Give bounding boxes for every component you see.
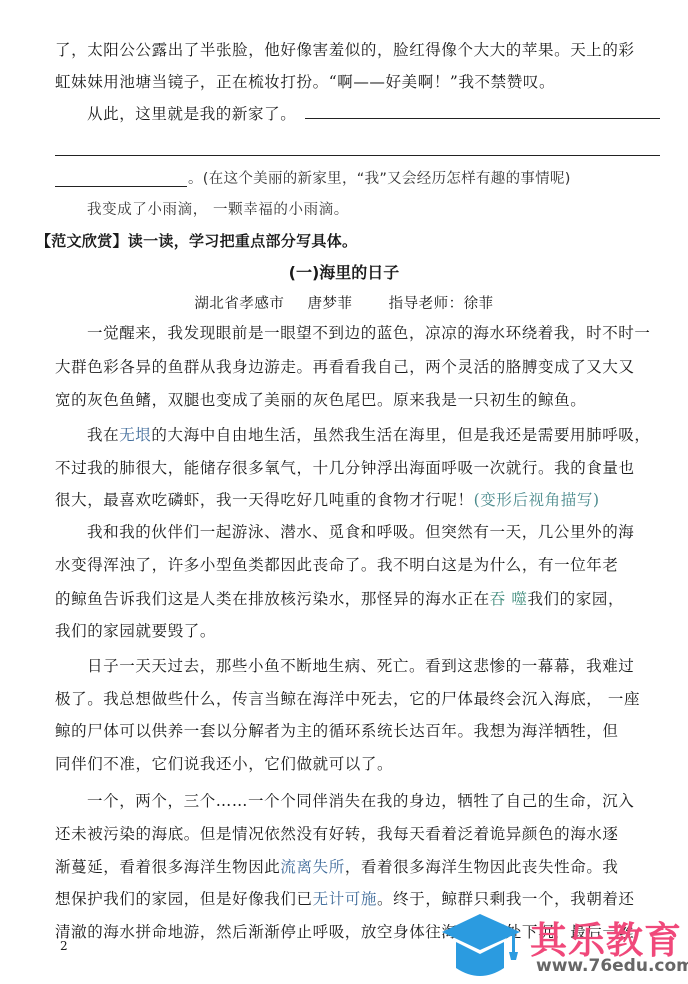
- text-segment: 。终于，鲸群只剩我一个，我朝着还: [377, 890, 635, 908]
- paragraph-line: 不过我的肺很大，能储存很多氧气，十几分钟浮出海面呼吸一次就行。我的食量也: [55, 458, 660, 478]
- text-segment: 的鲸鱼告诉我们这是人类在排放核污染水，那怪异的海水正在: [55, 590, 490, 608]
- byline-teacher: 指导老师：徐菲: [389, 296, 494, 312]
- text-segment: 我在: [87, 426, 119, 444]
- paragraph-line: 一觉醒来，我发现眼前是一眼望不到边的蓝色，凉凉的海水环绕着我，时不时一: [87, 323, 660, 343]
- section-heading: 【范文欣赏】读一读，学习把重点部分写具体。: [36, 230, 357, 251]
- highlighted-word: 流离失所: [280, 858, 344, 876]
- answer-blank-line[interactable]: [55, 186, 187, 187]
- text-segment: 我们的家园，: [527, 590, 624, 608]
- paragraph-line: 想保护我们的家园，但是好像我们已无计可施。终于，鲸群只剩我一个，我朝着还: [55, 889, 660, 909]
- paragraph-line: 还未被污染的海底。但是情况依然没有好转，我每天看着泛着诡异颜色的海水逐: [55, 824, 660, 844]
- byline-author: 唐梦菲: [308, 296, 353, 312]
- paragraph-line: 我和我的伙伴们一起游泳、潜水、觅食和呼吸。但突然有一天，几公里外的海: [87, 522, 660, 542]
- closing-line: 我变成了小雨滴， 一颗幸福的小雨滴。: [87, 200, 660, 220]
- text-segment: 渐蔓延，看着很多海洋生物因此: [55, 858, 280, 876]
- paragraph-line: 宽的灰色鱼鳍，双腿也变成了美丽的灰色尾巴。原来我是一只初生的鲸鱼。: [55, 390, 660, 410]
- paragraph-line: 渐蔓延，看着很多海洋生物因此流离失所，看着很多海洋生物因此丧失性命。我: [55, 857, 660, 877]
- answer-blank-line[interactable]: [305, 118, 660, 119]
- paragraph-line: 日子一天天过去，那些小鱼不断地生病、死亡。看到这悲惨的一幕幕，我难过: [87, 656, 660, 676]
- paragraph-line: 我在无垠的大海中自由地生活，虽然我生活在海里，但是我还是需要用肺呼吸，: [87, 425, 660, 445]
- graduation-cap-icon: [440, 910, 530, 982]
- paragraph-line: 的鲸鱼告诉我们这是人类在排放核污染水，那怪异的海水正在吞 噬我们的家园，: [55, 589, 660, 609]
- highlighted-word: 无计可施: [313, 890, 377, 908]
- watermark-url: www.76edu.com: [536, 956, 688, 976]
- answer-blank-line[interactable]: [55, 155, 660, 156]
- paragraph-line: 一个，两个，三个……一个个同伴消失在我的身边，牺牲了自己的生命，沉入: [87, 791, 660, 811]
- text-segment: 想保护我们的家园，但是好像我们已: [55, 890, 313, 908]
- paragraph-line: 我们的家园就要毁了。: [55, 621, 660, 641]
- text-line: 了，太阳公公露出了半张脸，他好像害羞似的，脸红得像个大大的苹果。天上的彩: [55, 40, 660, 60]
- text-segment: 很大，最喜欢吃磷虾，我一天得吃好几吨重的食物才行呢！: [55, 491, 474, 509]
- paragraph-line: 大群色彩各异的鱼群从我身边游走。再看看我自己，两个灵活的胳膊变成了又大又: [55, 357, 660, 377]
- paragraph-line: 极了。我总想做些什么，传言当鲸在海洋中死去，它的尸体最终会沉入海底， 一座: [55, 689, 660, 709]
- paragraph-line: 很大，最喜欢吃磷虾，我一天得吃好几吨重的食物才行呢！(变形后视角描写): [55, 490, 660, 510]
- highlighted-word: 吞 噬: [490, 590, 528, 608]
- text-line: 从此，这里就是我的新家了。: [87, 104, 660, 124]
- document-page: 了，太阳公公露出了半张脸，他好像害羞似的，脸红得像个大大的苹果。天上的彩 虹妹妹…: [0, 0, 688, 984]
- text-segment: ，看着很多海洋生物因此丧失性命。我: [345, 858, 619, 876]
- paragraph-line: 水变得浑浊了，许多小型鱼类都因此丧命了。我不明白这是为什么，有一位年老: [55, 555, 660, 575]
- page-number: 2: [60, 939, 68, 953]
- paragraph-line: 鲸的尸体可以供养一套以分解者为主的循环系统长达百年。我想为海洋牺牲，但: [55, 721, 660, 741]
- text-line: 虹妹妹用池塘当镜子，正在梳妆打扮。“啊——好美啊！”我不禁赞叹。: [55, 72, 660, 92]
- paragraph-line: 同伴们不准，它们说我还小，它们做就可以了。: [55, 754, 660, 774]
- essay-byline: 湖北省孝感市 唐梦菲 指导老师：徐菲: [0, 292, 688, 313]
- watermark-logo: 其乐教育 www.76edu.com: [440, 910, 685, 982]
- byline-location: 湖北省孝感市: [194, 296, 284, 312]
- text-segment: 的大海中自由地生活，虽然我生活在海里，但是我还是需要用肺呼吸，: [151, 426, 650, 444]
- essay-title: (一)海里的日子: [0, 260, 688, 283]
- text-segment: 从此，这里就是我的新家了。: [87, 105, 296, 123]
- annotation-note: (变形后视角描写): [474, 491, 600, 509]
- highlighted-word: 无垠: [119, 426, 151, 444]
- hint-text: 。(在这个美丽的新家里，“我”又会经历怎样有趣的事情呢): [188, 169, 688, 189]
